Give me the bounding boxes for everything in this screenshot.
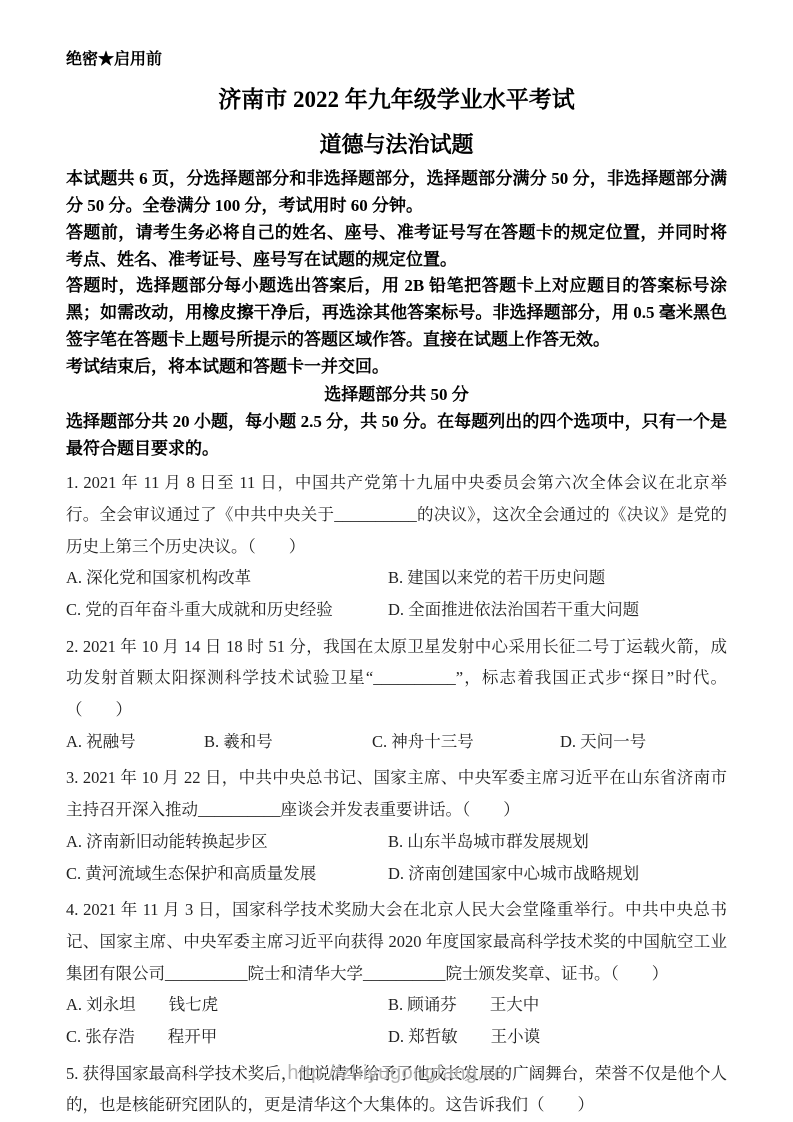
question-1-option-B: B. 建国以来党的若干历史问题 bbox=[388, 562, 727, 594]
question-2: 2. 2021 年 10 月 14 日 18 时 51 分，我国在太原卫星发射中… bbox=[66, 631, 727, 758]
question-1-option-C: C. 党的百年奋斗重大成就和历史经验 bbox=[66, 594, 388, 626]
question-4-option-D: D. 郑哲敏 王小谟 bbox=[388, 1021, 727, 1053]
watermark-url: http://zhiyugongfang.cn bbox=[0, 1062, 793, 1085]
question-2-option-C: C. 神舟十三号 bbox=[372, 726, 560, 758]
question-2-option-A: A. 祝融号 bbox=[66, 726, 204, 758]
question-2-option-D: D. 天问一号 bbox=[560, 726, 727, 758]
question-1-options: A. 深化党和国家机构改革B. 建国以来党的若干历史问题C. 党的百年奋斗重大成… bbox=[66, 562, 727, 625]
question-3-option-C: C. 黄河流域生态保护和高质量发展 bbox=[66, 858, 388, 890]
question-2-option-B: B. 羲和号 bbox=[204, 726, 372, 758]
question-3-option-B: B. 山东半岛城市群发展规划 bbox=[388, 826, 727, 858]
exam-subtitle: 道德与法治试题 bbox=[66, 128, 727, 159]
question-4-option-B: B. 顾诵芬 王大中 bbox=[388, 989, 727, 1021]
question-3: 3. 2021 年 10 月 22 日，中共中央总书记、国家主席、中央军委主席习… bbox=[66, 762, 727, 889]
instruction-paragraph-4: 考试结束后，将本试题和答题卡一并交回。 bbox=[66, 354, 727, 381]
question-3-option-D: D. 济南创建国家中心城市战略规划 bbox=[388, 858, 727, 890]
secrecy-label: 绝密★启用前 bbox=[66, 46, 727, 69]
question-1-stem: 1. 2021 年 11 月 8 日至 11 日，中国共产党第十九届中央委员会第… bbox=[66, 467, 727, 562]
exam-paper-page: 绝密★启用前 济南市 2022 年九年级学业水平考试 道德与法治试题 本试题共 … bbox=[0, 0, 793, 1122]
question-4: 4. 2021 年 11 月 3 日，国家科学技术奖励大会在北京人民大会堂隆重举… bbox=[66, 894, 727, 1052]
question-3-option-A: A. 济南新旧动能转换起步区 bbox=[66, 826, 388, 858]
instruction-paragraph-3: 答题时，选择题部分每小题选出答案后，用 2B 铅笔把答题卡上对应题目的答案标号涂… bbox=[66, 273, 727, 354]
question-1-option-A: A. 深化党和国家机构改革 bbox=[66, 562, 388, 594]
question-4-option-C: C. 张存浩 程开甲 bbox=[66, 1021, 388, 1053]
question-3-stem: 3. 2021 年 10 月 22 日，中共中央总书记、国家主席、中央军委主席习… bbox=[66, 762, 727, 825]
question-3-options: A. 济南新旧动能转换起步区B. 山东半岛城市群发展规划C. 黄河流域生态保护和… bbox=[66, 826, 727, 889]
instruction-paragraph-1: 本试题共 6 页，分选择题部分和非选择题部分，选择题部分满分 50 分，非选择题… bbox=[66, 166, 727, 220]
exam-instructions: 本试题共 6 页，分选择题部分和非选择题部分，选择题部分满分 50 分，非选择题… bbox=[66, 166, 727, 381]
question-2-stem: 2. 2021 年 10 月 14 日 18 时 51 分，我国在太原卫星发射中… bbox=[66, 631, 727, 726]
question-list: 1. 2021 年 11 月 8 日至 11 日，中国共产党第十九届中央委员会第… bbox=[66, 467, 727, 1120]
question-4-options: A. 刘永坦 钱七虎B. 顾诵芬 王大中C. 张存浩 程开甲D. 郑哲敏 王小谟 bbox=[66, 989, 727, 1052]
section-heading: 选择题部分共 50 分 bbox=[66, 381, 727, 408]
question-1-option-D: D. 全面推进依法治国若干重大问题 bbox=[388, 594, 727, 626]
question-4-option-A: A. 刘永坦 钱七虎 bbox=[66, 989, 388, 1021]
question-4-stem: 4. 2021 年 11 月 3 日，国家科学技术奖励大会在北京人民大会堂隆重举… bbox=[66, 894, 727, 989]
question-2-options: A. 祝融号B. 羲和号C. 神舟十三号D. 天问一号 bbox=[66, 726, 727, 758]
exam-title: 济南市 2022 年九年级学业水平考试 bbox=[66, 81, 727, 114]
section-intro: 选择题部分共 20 小题，每小题 2.5 分，共 50 分。在每题列出的四个选项… bbox=[66, 408, 727, 462]
question-1: 1. 2021 年 11 月 8 日至 11 日，中国共产党第十九届中央委员会第… bbox=[66, 467, 727, 625]
instruction-paragraph-2: 答题前，请考生务必将自己的姓名、座号、准考证号写在答题卡的规定位置，并同时将考点… bbox=[66, 220, 727, 274]
